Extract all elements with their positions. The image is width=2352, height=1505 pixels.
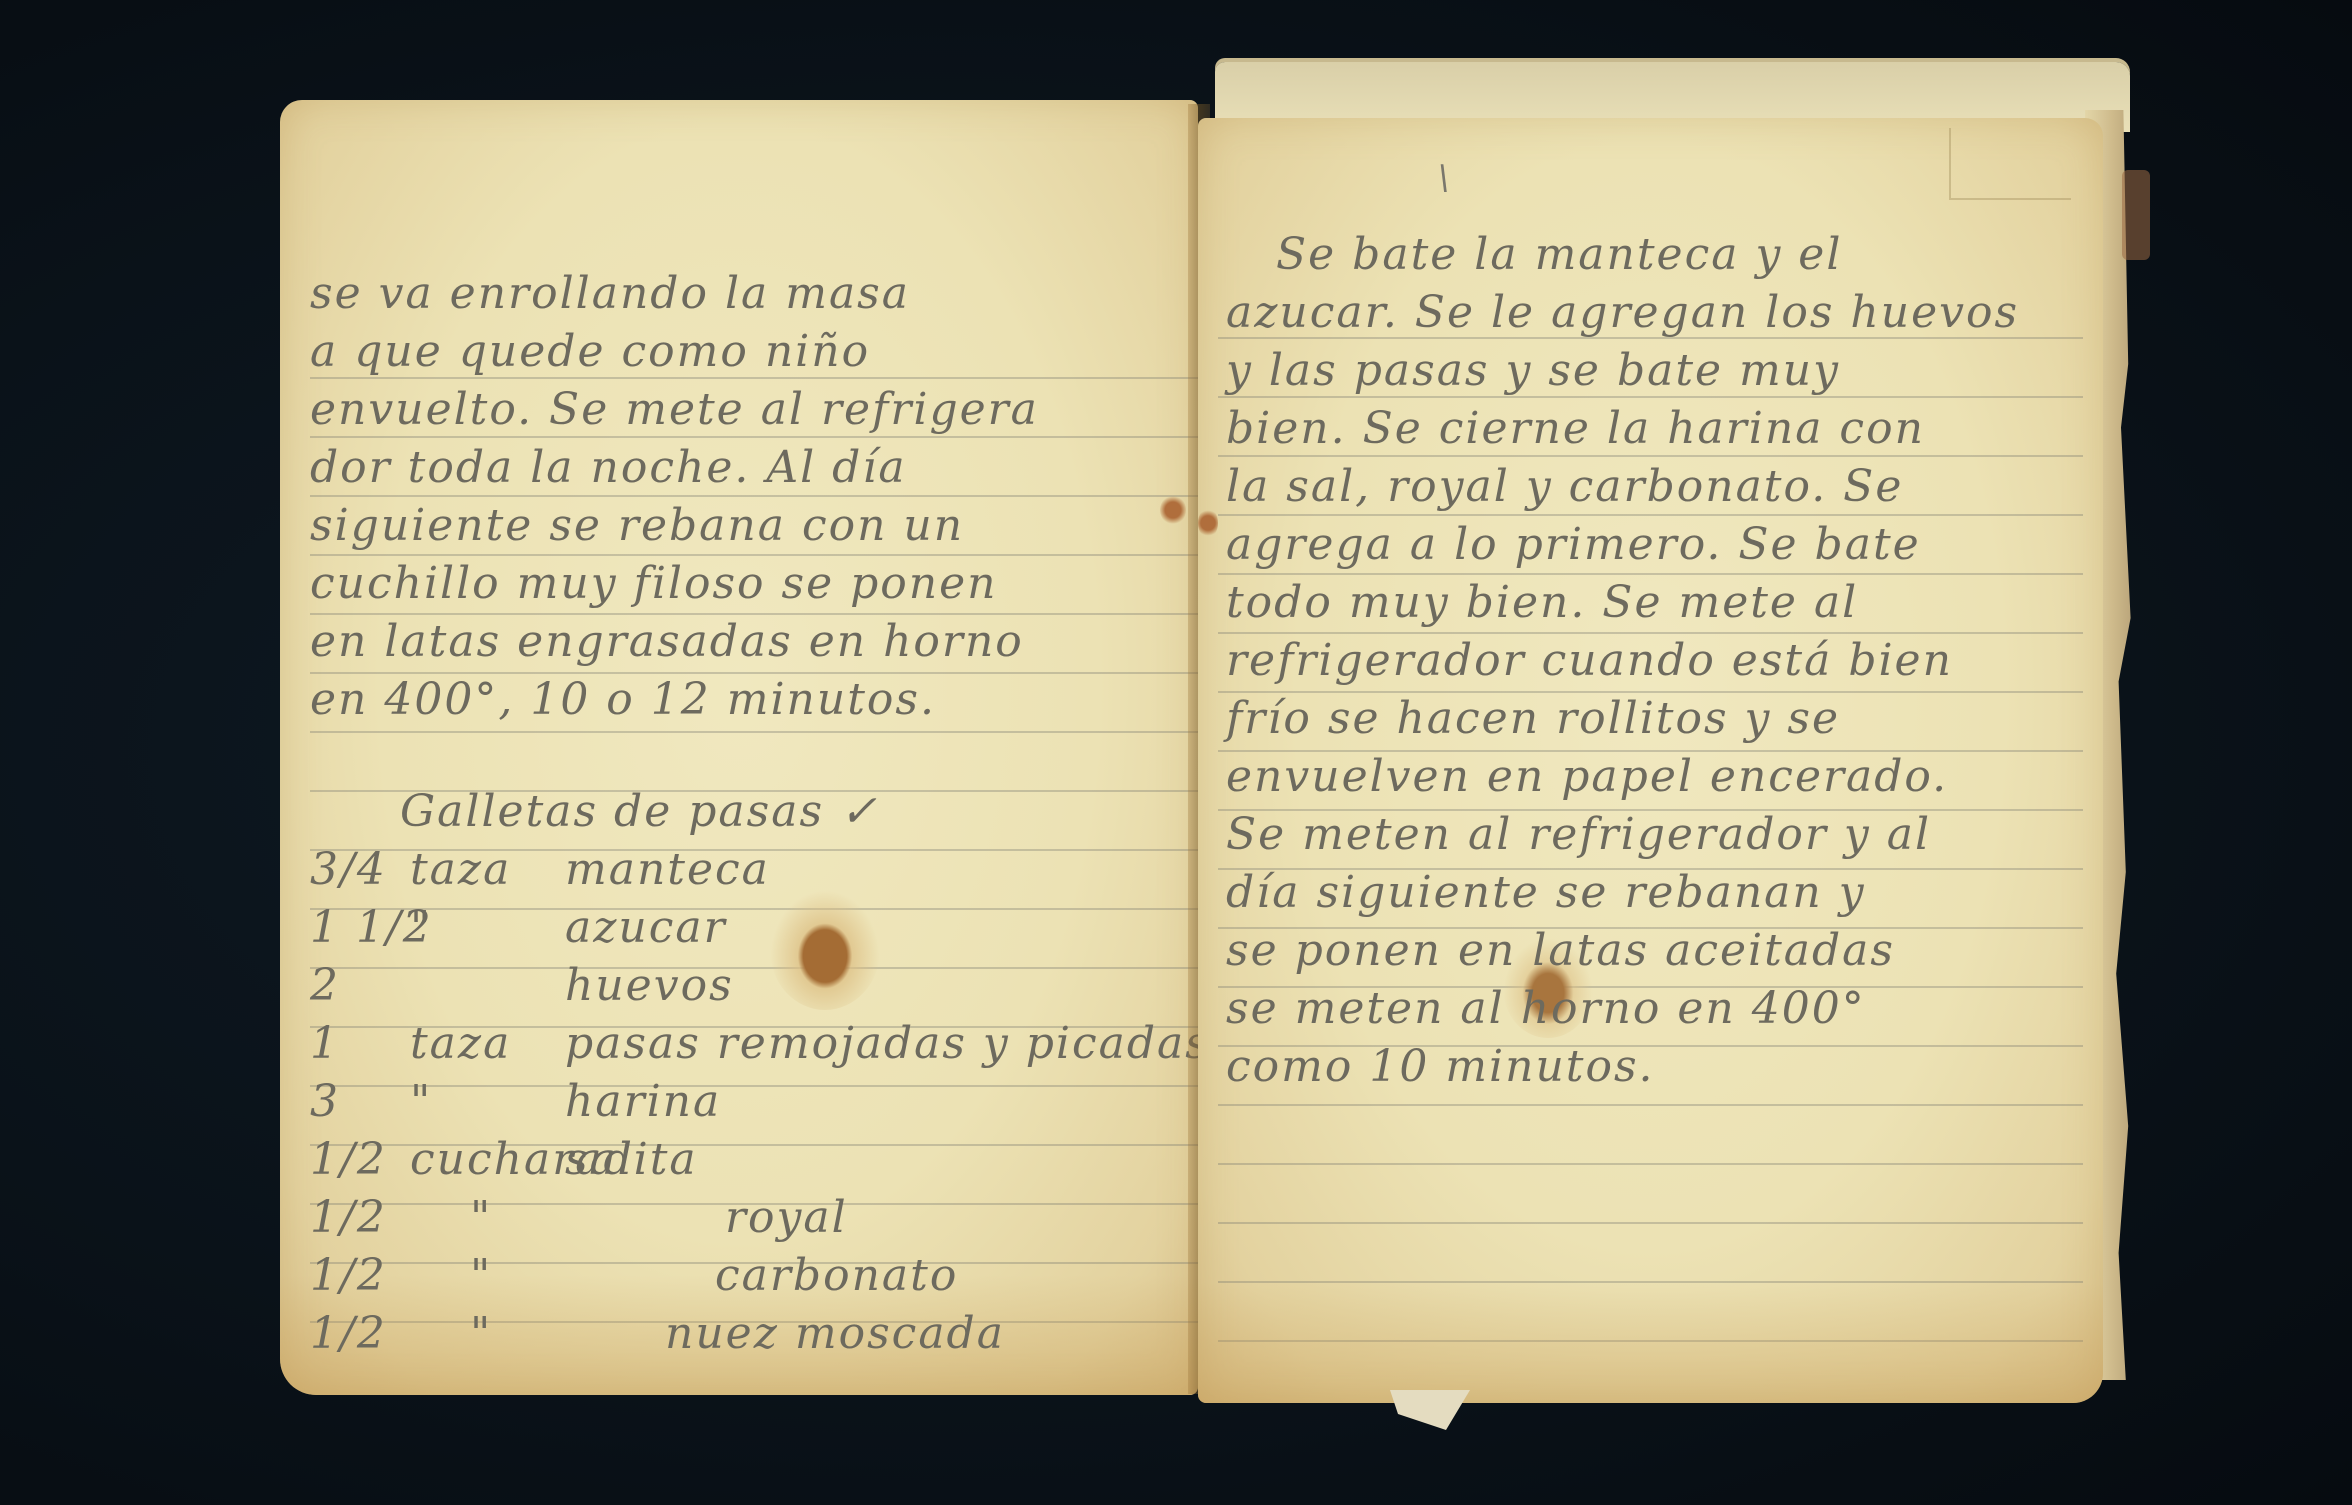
spot-stain <box>1160 495 1186 525</box>
ingredient-row: 1/2 cucharadita sal <box>310 1131 1198 1189</box>
instructions-text: Se bate la manteca y el azucar. Se le ag… <box>1226 226 2019 1096</box>
right-page: \ Se bate la manteca y el azucar. Se le … <box>1198 118 2103 1403</box>
edge-stain <box>2122 170 2150 260</box>
text-line: Se bate la manteca y el <box>1226 226 2019 284</box>
ingredient-row: 1/2 " carbonato <box>310 1247 1198 1305</box>
ingredient-name: manteca <box>565 841 770 899</box>
ingredient-name: azucar <box>565 899 727 957</box>
text-line: frío se hacen rollitos y se <box>1226 690 2019 748</box>
ingredient-qty: 3/4 <box>310 841 410 899</box>
notebook-spread: se va enrollando la masa a que quede com… <box>0 0 2352 1505</box>
ingredient-name: harina <box>565 1073 721 1131</box>
text-line: en 400°, 10 o 12 minutos. <box>310 671 1039 729</box>
water-stain <box>1198 1283 2103 1403</box>
text-line: agrega a lo primero. Se bate <box>1226 516 2019 574</box>
torn-page-flap <box>1390 1390 1470 1430</box>
text-line: día siguiente se rebanan y <box>1226 864 2019 922</box>
ingredient-row: 1 taza pasas remojadas y picadas <box>310 1015 1198 1073</box>
recipe-title: Galletas de pasas ✓ <box>310 783 1198 841</box>
ingredient-name: sal <box>565 1131 634 1189</box>
left-page: se va enrollando la masa a que quede com… <box>280 100 1198 1395</box>
ingredient-name: royal <box>625 1189 848 1247</box>
text-line: azucar. Se le agregan los huevos <box>1226 284 2019 342</box>
ingredient-name: nuez moscada <box>625 1305 1005 1363</box>
text-line: como 10 minutos. <box>1226 1038 2019 1096</box>
ingredient-unit: taza <box>410 1015 565 1073</box>
spot-stain <box>1198 508 1218 538</box>
text-line: la sal, royal y carbonato. Se <box>1226 458 2019 516</box>
ingredient-row: 2 huevos <box>310 957 1198 1015</box>
ingredient-qty: 1/2 <box>310 1305 410 1363</box>
ingredient-name: carbonato <box>625 1247 958 1305</box>
ingredient-unit: taza <box>410 841 565 899</box>
ingredient-row: 1 1/2 " azucar <box>310 899 1198 957</box>
text-line: a que quede como niño <box>310 323 1039 381</box>
ingredient-unit: cucharadita <box>410 1131 565 1189</box>
pencil-mark: \ <box>1438 158 1449 198</box>
ingredient-qty: 1/2 <box>310 1131 410 1189</box>
ingredient-name: huevos <box>565 957 734 1015</box>
text-line: bien. Se cierne la harina con <box>1226 400 2019 458</box>
text-line: siguiente se rebana con un <box>310 497 1039 555</box>
text-line: cuchillo muy filoso se ponen <box>310 555 1039 613</box>
text-line: todo muy bien. Se mete al <box>1226 574 2019 632</box>
ingredient-qty: 1 <box>310 1015 410 1073</box>
continuation-text: se va enrollando la masa a que quede com… <box>310 265 1039 729</box>
text-line: envuelto. Se mete al refrigera <box>310 381 1039 439</box>
text-line: envuelven en papel encerado. <box>1226 748 2019 806</box>
ingredient-qty: 1/2 <box>310 1189 410 1247</box>
page-corner-fold <box>1949 128 2071 200</box>
text-line: dor toda la noche. Al día <box>310 439 1039 497</box>
ingredient-qty: 1 1/2 <box>310 899 410 957</box>
ingredient-row: 1/2 " nuez moscada <box>310 1305 1198 1363</box>
text-line: Se meten al refrigerador y al <box>1226 806 2019 864</box>
text-line: y las pasas y se bate muy <box>1226 342 2019 400</box>
ingredient-unit: " <box>410 1247 625 1305</box>
ingredient-row: 3/4 taza manteca <box>310 841 1198 899</box>
ingredient-qty: 2 <box>310 957 410 1015</box>
ingredient-name: pasas remojadas y picadas <box>565 1015 1198 1073</box>
recipe-ingredients: Galletas de pasas ✓ 3/4 taza manteca 1 1… <box>310 783 1198 1363</box>
text-line: refrigerador cuando está bien <box>1226 632 2019 690</box>
ingredient-unit <box>410 957 565 1015</box>
ingredient-row: 3 " harina <box>310 1073 1198 1131</box>
ingredient-qty: 1/2 <box>310 1247 410 1305</box>
text-line: se va enrollando la masa <box>310 265 1039 323</box>
ingredient-unit: " <box>410 1305 625 1363</box>
ingredient-unit: " <box>410 1189 625 1247</box>
text-line: se meten al horno en 400° <box>1226 980 2019 1038</box>
ingredient-unit: " <box>410 899 565 957</box>
ingredient-row: 1/2 " royal <box>310 1189 1198 1247</box>
ingredient-qty: 3 <box>310 1073 410 1131</box>
ingredient-unit: " <box>410 1073 565 1131</box>
text-line: se ponen en latas aceitadas <box>1226 922 2019 980</box>
text-line: en latas engrasadas en horno <box>310 613 1039 671</box>
